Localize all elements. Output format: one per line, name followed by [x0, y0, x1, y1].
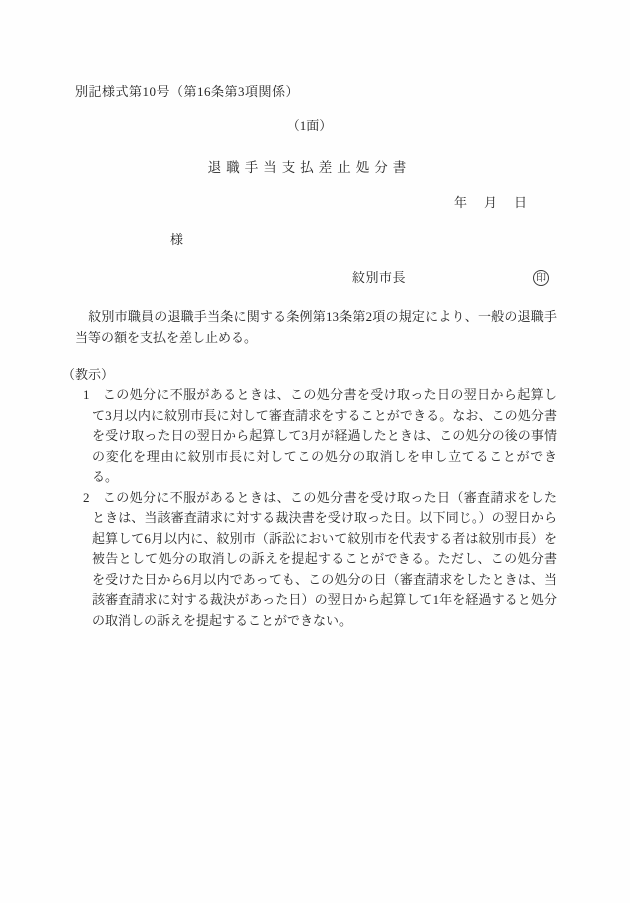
notice-item-number: 1	[83, 387, 90, 402]
date-line: 年 月 日	[62, 193, 557, 213]
notice-section: （教示） 1この処分に不服があるときは、この処分書を受け取った日の翌日から起算し…	[62, 365, 557, 631]
notice-items: 1この処分に不服があるときは、この処分書を受け取った日の翌日から起算して3月以内…	[62, 385, 557, 631]
notice-heading: （教示）	[62, 365, 557, 385]
form-reference: 別記様式第10号（第16条第3項関係）	[75, 82, 557, 102]
document-page: 別記様式第10号（第16条第3項関係） （1面） 退職手当支払差止処分書 年 月…	[0, 0, 630, 903]
body-paragraph: 紋別市職員の退職手当条に関する条例第13条第2項の規定により、一般の退職手当等の…	[75, 306, 557, 348]
addressee-line: 様	[170, 230, 557, 250]
issuer-title: 紋別市長	[352, 268, 406, 288]
notice-item: 1この処分に不服があるときは、この処分書を受け取った日の翌日から起算して3月以内…	[62, 385, 557, 488]
notice-item-text: この処分に不服があるときは、この処分書を受け取った日（審査請求をしたときは、当該…	[92, 490, 557, 628]
document-title: 退職手当支払差止処分書	[62, 158, 557, 178]
issuer-row: 紋別市長 印	[62, 268, 557, 288]
seal-mark-icon: 印	[533, 270, 549, 286]
notice-item: 2この処分に不服があるときは、この処分書を受け取った日（審査請求をしたときは、当…	[62, 488, 557, 632]
notice-item-number: 2	[83, 490, 90, 505]
page-number-label: （1面）	[62, 116, 557, 136]
notice-item-text: この処分に不服があるときは、この処分書を受け取った日の翌日から起算して3月以内に…	[92, 387, 557, 484]
